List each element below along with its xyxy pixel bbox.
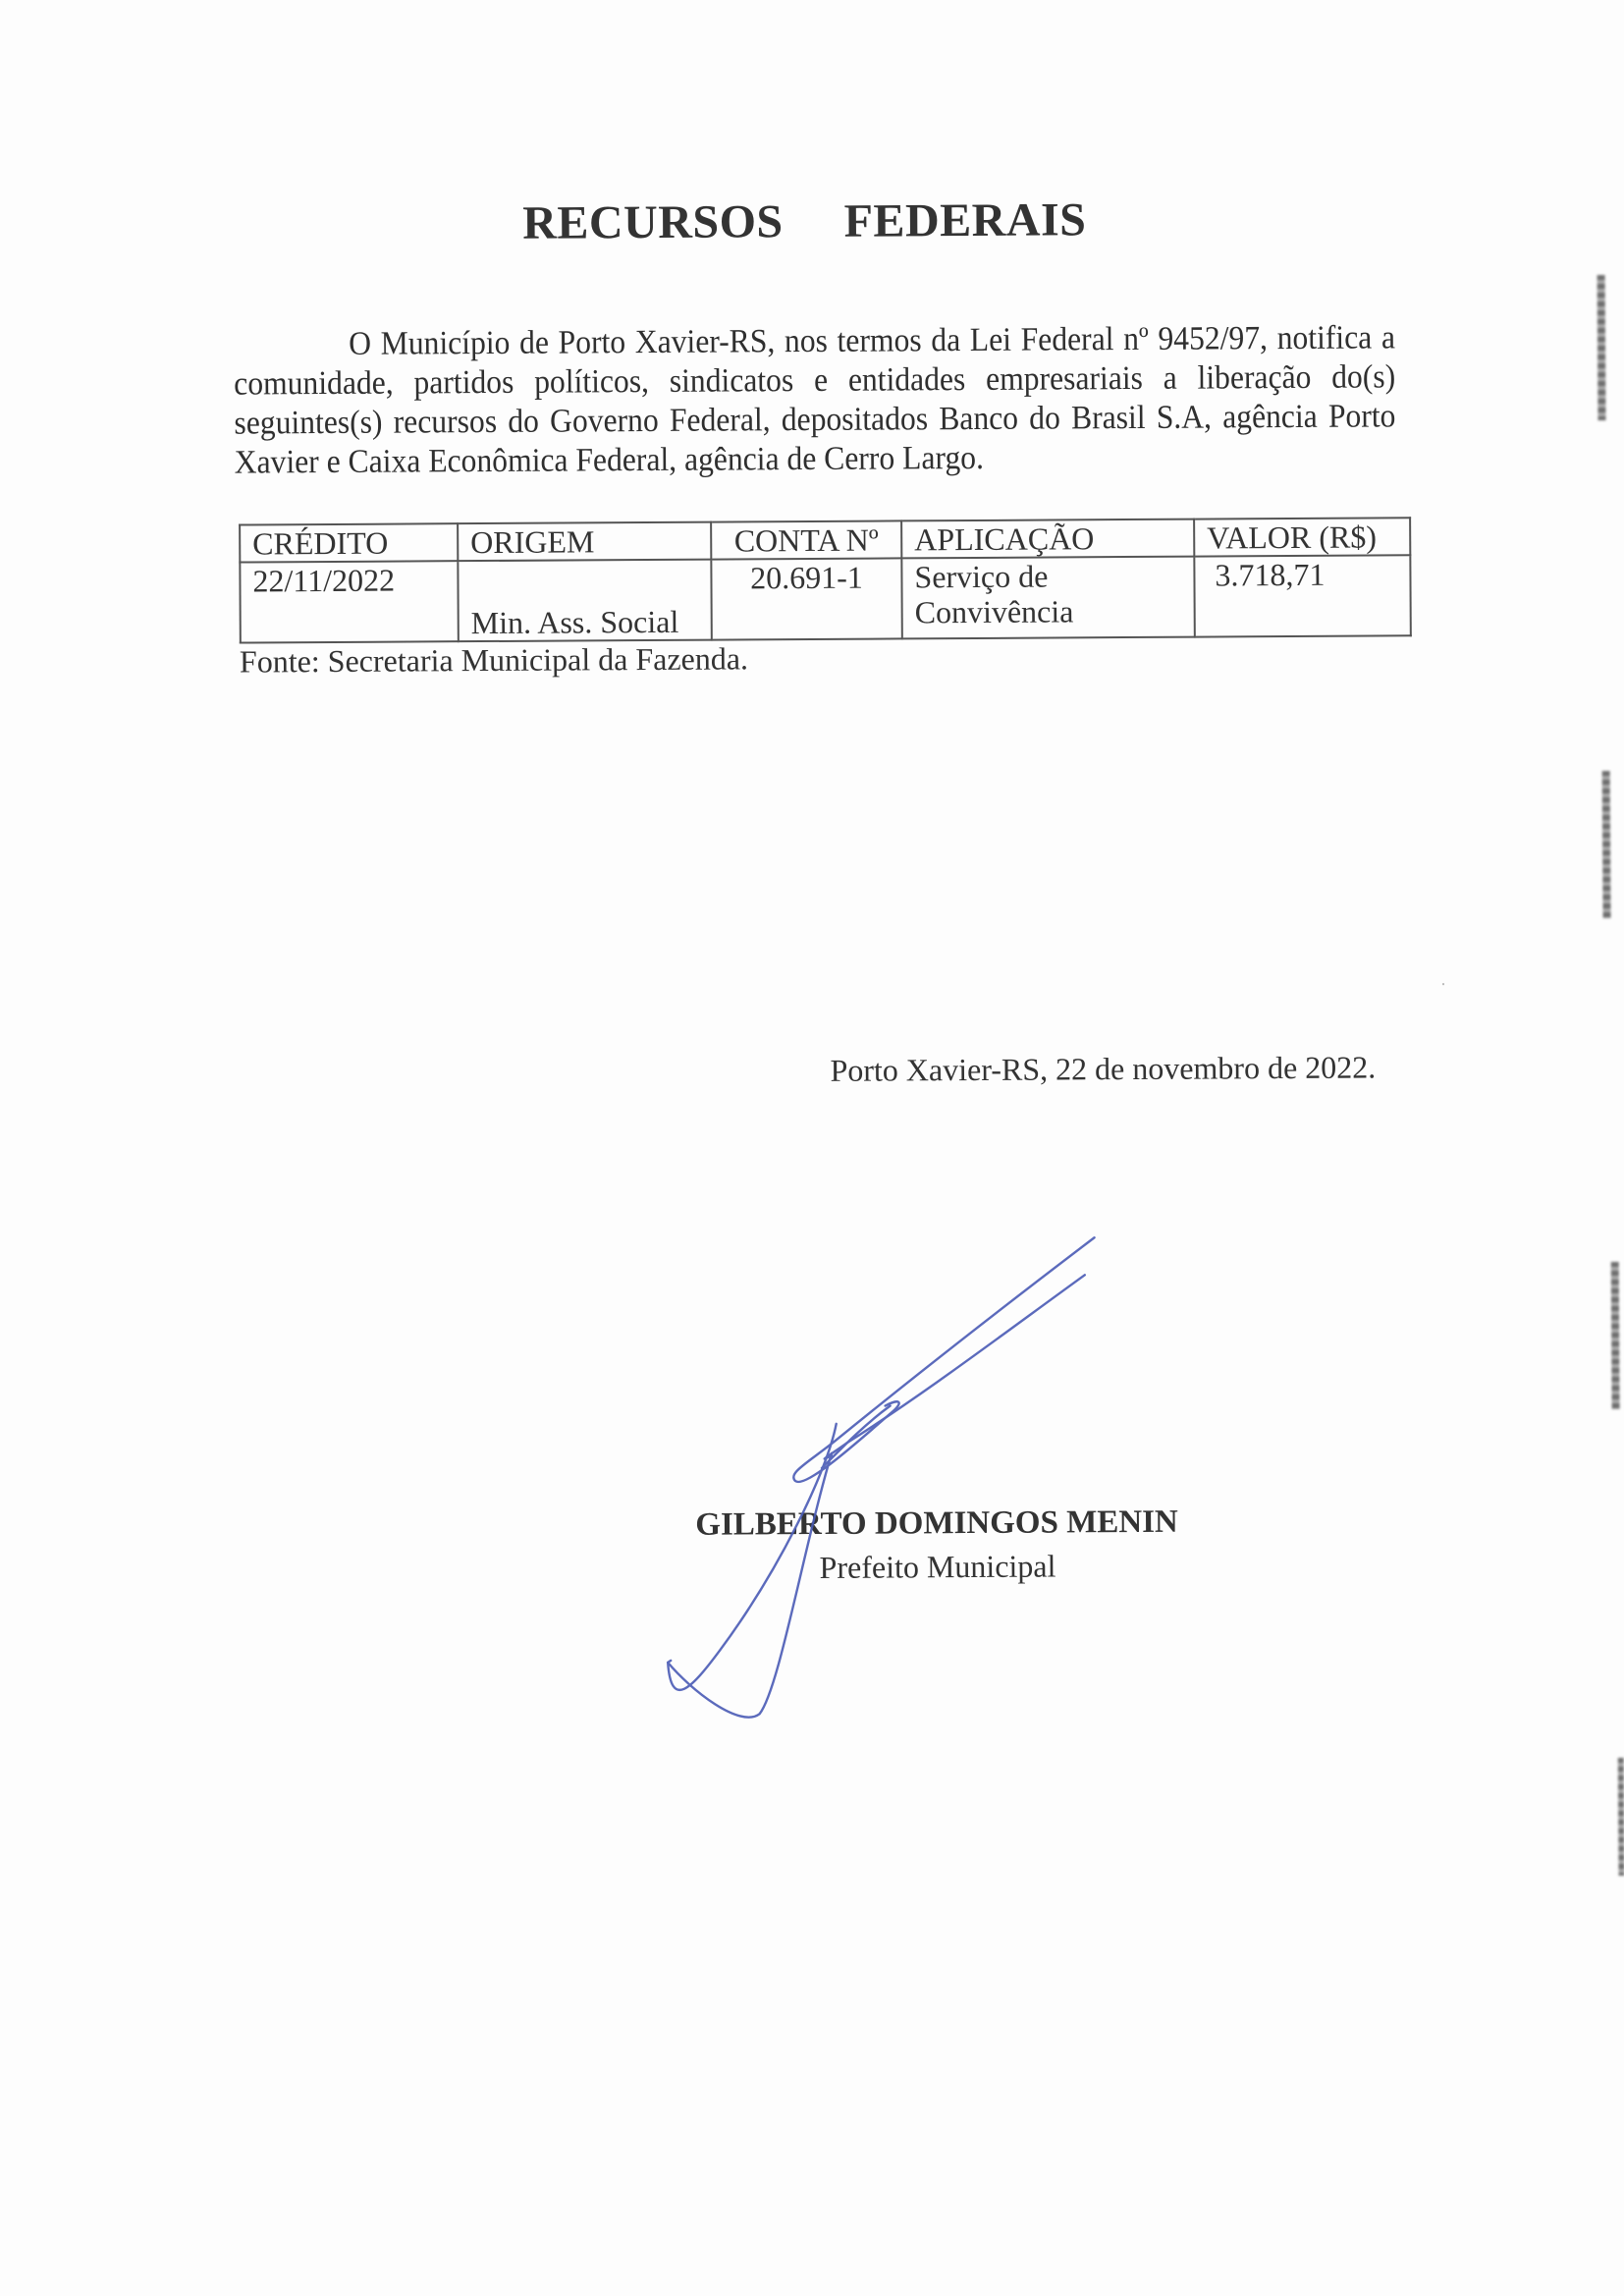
aplicacao-line-2: Convivência	[915, 593, 1182, 630]
header-conta: CONTA Nº	[711, 520, 901, 559]
document-title: RECURSOSFEDERAIS	[522, 192, 1086, 250]
cell-origem: Min. Ass. Social	[458, 560, 711, 642]
scanned-page: RECURSOSFEDERAIS O Município de Porto Xa…	[0, 0, 1624, 2296]
notice-paragraph: O Município de Porto Xavier-RS, nos term…	[234, 318, 1396, 482]
place-and-date: Porto Xavier-RS, 22 de novembro de 2022.	[830, 1049, 1376, 1088]
header-aplicacao: APLICAÇÃO	[901, 519, 1194, 559]
cell-aplicacao: Serviço de Convivência	[901, 557, 1194, 639]
scan-edge-mark	[1597, 275, 1606, 420]
paragraph-indent	[234, 355, 349, 355]
notice-text: O Município de Porto Xavier-RS, nos term…	[234, 319, 1395, 480]
header-credito: CRÉDITO	[240, 523, 458, 562]
scan-edge-mark	[1602, 771, 1611, 918]
cell-credito: 22/11/2022	[240, 561, 458, 642]
aplicacao-line-1: Serviço de	[914, 558, 1181, 595]
scan-edge-mark	[1618, 1758, 1624, 1876]
signer-name: GILBERTO DOMINGOS MENIN	[695, 1504, 1178, 1544]
cell-conta: 20.691-1	[711, 558, 901, 639]
signer-role: Prefeito Municipal	[819, 1548, 1056, 1585]
funds-table: CRÉDITO ORIGEM CONTA Nº APLICAÇÃO VALOR …	[239, 517, 1412, 643]
header-valor: VALOR (R$)	[1194, 518, 1410, 556]
valor-amount: 3.718,71	[1207, 557, 1325, 593]
table-row: 22/11/2022 Min. Ass. Social 20.691-1 Ser…	[240, 555, 1410, 642]
title-word-1: RECURSOS	[522, 194, 784, 250]
scan-speck	[1442, 983, 1444, 985]
source-note: Fonte: Secretaria Municipal da Fazenda.	[240, 640, 748, 680]
scan-edge-mark	[1611, 1262, 1620, 1409]
title-word-2: FEDERAIS	[843, 192, 1086, 248]
cell-valor: 3.718,71	[1194, 555, 1410, 636]
header-origem: ORIGEM	[458, 522, 711, 562]
